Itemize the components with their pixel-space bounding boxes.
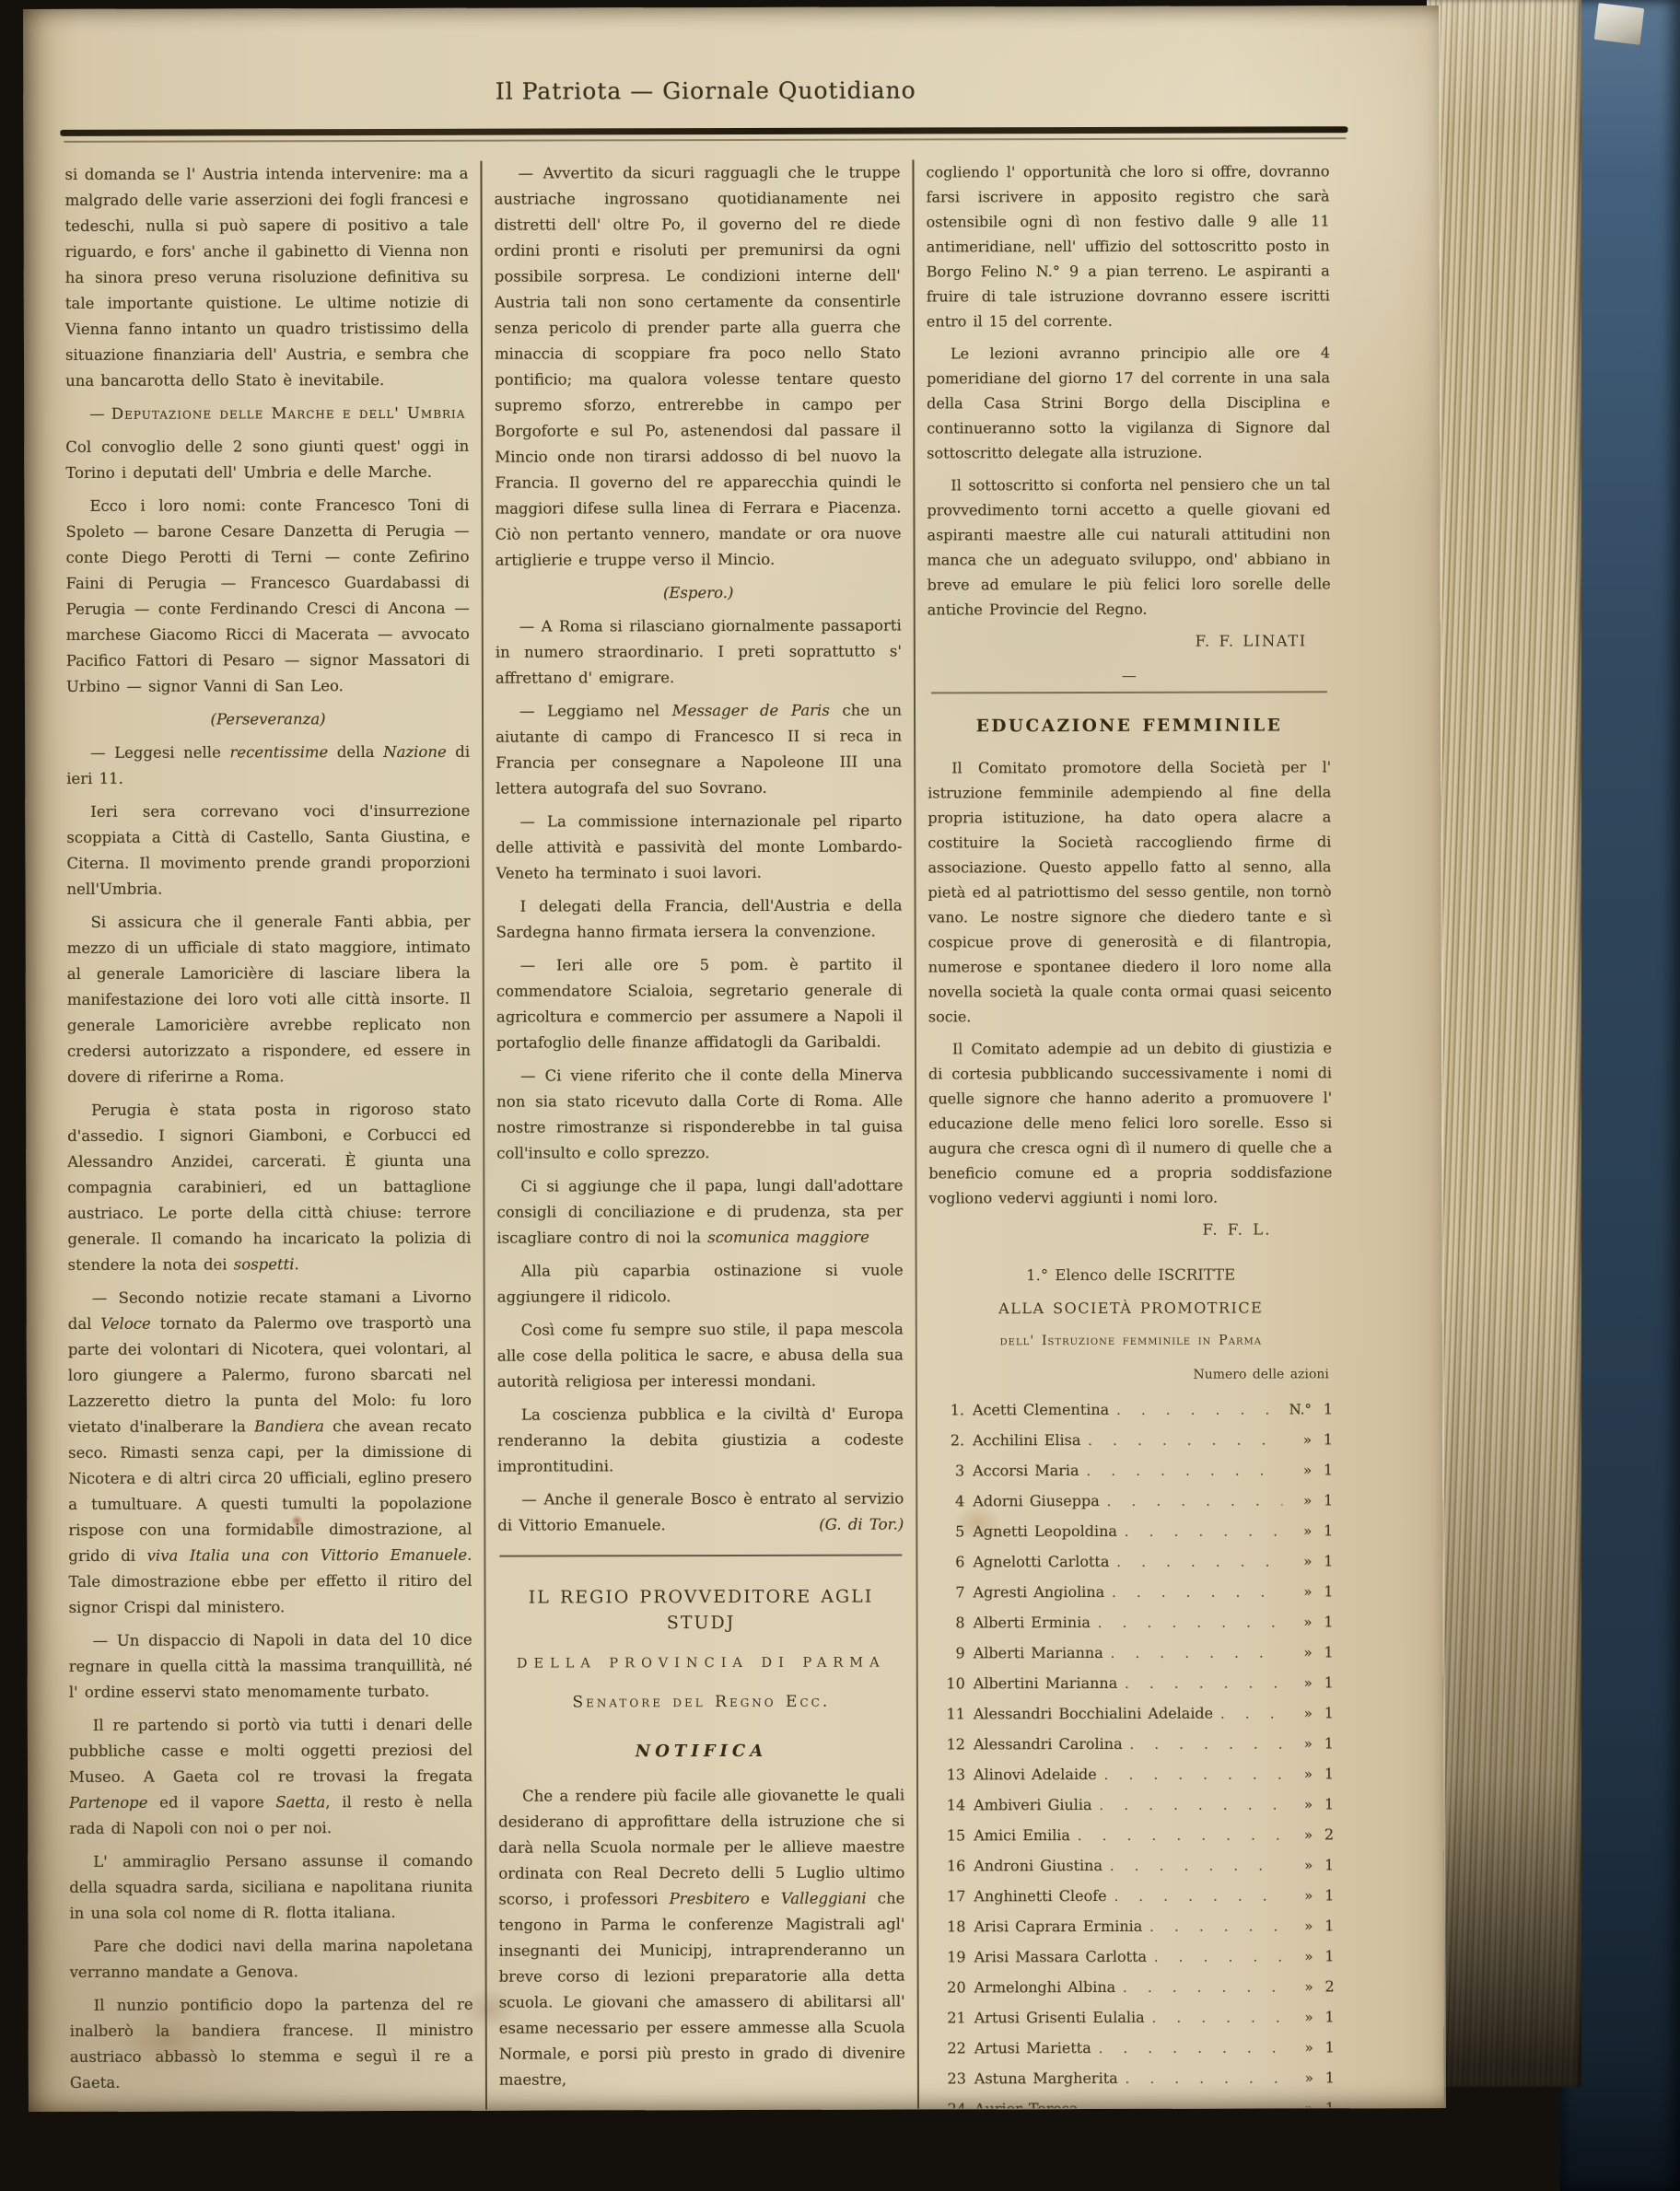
share-count: 1	[1316, 1487, 1333, 1512]
paragraph: Ecco i loro nomi: conte Francesco Toni d…	[65, 493, 470, 700]
paragraph: — Ieri alle ore 5 pom. è partito il comm…	[496, 952, 903, 1056]
unit-mark: »	[1282, 1428, 1316, 1452]
text-segment: Presbitero	[670, 1890, 750, 1907]
list-item: 20Armelonghi Albina. . . . . . . . . . .…	[931, 1974, 1335, 2005]
dotted-leader: . . . . . . . . . . . . . . . . . . . . …	[1154, 1945, 1284, 1970]
notice-title: NOTIFICA	[498, 1739, 904, 1766]
text-segment: della	[328, 743, 383, 761]
dotted-leader: . . . . . . . . . . . . . . . . . . . . …	[1078, 1824, 1283, 1849]
text-segment: Deputazione delle Marche e dell' Umbria	[111, 404, 466, 423]
share-count: 1	[1316, 1579, 1333, 1603]
dotted-leader: . . . . . . . . . . . . . . . . . . . . …	[1098, 1611, 1283, 1637]
share-count: 1	[1317, 1761, 1334, 1786]
share-count: 1	[1316, 1457, 1333, 1482]
list-item: 14Ambiveri Giulia. . . . . . . . . . . .…	[930, 1791, 1334, 1823]
dotted-leader: . . . . . . . . . . . . . . . . . . . . …	[1110, 1854, 1283, 1879]
unit-mark: »	[1284, 2035, 1318, 2060]
paragraph: (Perseveranza)	[66, 706, 470, 733]
text-segment: — Ci viene riferito che il conte della M…	[496, 1066, 903, 1162]
list-item-number: 6	[929, 1549, 973, 1574]
unit-mark: »	[1283, 1883, 1317, 1908]
share-count: 1	[1317, 1670, 1334, 1695]
list-item-number: 2.	[929, 1428, 973, 1452]
text-segment: L' ammiraglio Persano assunse il comando…	[69, 1852, 472, 1922]
text-segment: — A Roma si rilasciano giornalmente pass…	[496, 617, 902, 687]
text-segment: ed il vapore	[147, 1793, 275, 1811]
share-count: 1	[1317, 1882, 1334, 1907]
list-heading-1: 1.° Elenco delle ISCRITTE	[929, 1262, 1333, 1288]
text-segment: Si assicura che il generale Fanti abbia,…	[67, 913, 471, 1086]
paragraph: — Ci viene riferito che il conte della M…	[496, 1063, 903, 1167]
list-item-number: 16	[930, 1853, 974, 1878]
paragraph: Ieri sera correvano voci d'insurrezione …	[66, 798, 470, 903]
paragraph: Il Comitato promotore della Società per …	[927, 754, 1332, 1029]
share-count: 1	[1317, 1913, 1334, 1938]
list-item-name: Alessandri Bocchialini Adelaide	[974, 1701, 1220, 1727]
paragraph: — La commissione internazionale pel ripa…	[496, 809, 902, 887]
list-item: 6Agnelotti Carlotta. . . . . . . . . . .…	[929, 1548, 1333, 1579]
list-item: 10Albertini Marianna. . . . . . . . . . …	[930, 1670, 1334, 1701]
text-segment: — Leggesi nelle	[90, 743, 229, 761]
list-item-name: Agresti Angiolina	[973, 1579, 1112, 1604]
paragraph: — Un dispaccio di Napoli in data del 10 …	[69, 1627, 472, 1706]
paragraph: Che a rendere più facile alle giovanette…	[498, 1783, 905, 2093]
share-count: 1	[1318, 1943, 1335, 1968]
list-item: 18Arisi Caprara Erminia. . . . . . . . .…	[930, 1913, 1334, 1944]
masthead-rule-thin	[64, 137, 1346, 143]
paragraph: Pare che dodici navi della marina napole…	[69, 1933, 472, 1986]
paragraph: Così come fu sempre suo stile, il papa m…	[497, 1317, 904, 1395]
share-count: 1	[1316, 1518, 1333, 1543]
list-item-number: 10	[930, 1671, 974, 1696]
unit-mark: »	[1284, 1975, 1318, 1999]
unit-mark: »	[1283, 1762, 1317, 1787]
text-segment: Il nunzio pontificio dopo la partenza de…	[70, 1996, 473, 2092]
list-item-number: 1.	[929, 1397, 973, 1422]
list-item: 21Artusi Grisenti Eulalia. . . . . . . .…	[931, 2004, 1335, 2035]
list-item-name: Anghinetti Cleofe	[974, 1883, 1114, 1908]
list-item: 12Alessandri Carolina. . . . . . . . . .…	[930, 1731, 1334, 1762]
dotted-leader: . . . . . . . . . . . . . . . . . . . . …	[1111, 1641, 1283, 1666]
list-heading-2: ALLA SOCIETÀ PROMOTRICE	[929, 1295, 1333, 1321]
unit-mark: »	[1282, 1549, 1316, 1574]
text-segment: recentissime	[229, 743, 328, 761]
unit-mark: »	[1283, 1640, 1317, 1665]
text-segment: Il re partendo si portò via tutti i dena…	[69, 1716, 472, 1786]
unit-mark: »	[1283, 1914, 1317, 1939]
unit-mark: »	[1283, 1671, 1317, 1696]
list-item: 4Adorni Giuseppa. . . . . . . . . . . . …	[929, 1487, 1333, 1519]
list-item-number: 21	[931, 2005, 974, 2030]
list-item: 17Anghinetti Cleofe. . . . . . . . . . .…	[930, 1882, 1334, 1914]
unit-mark: »	[1282, 1519, 1316, 1544]
dotted-leader: . . . . . . . . . . . . . . . . . . . . …	[1130, 1732, 1283, 1757]
text-segment: (Perseveranza)	[210, 710, 325, 728]
share-count: 1	[1318, 2004, 1335, 2029]
share-count: 1	[1316, 1548, 1333, 1573]
notice-heading-1: IL REGIO PROVVEDITORE AGLI STUDJ	[497, 1584, 904, 1637]
text-segment: Il sottoscritto si conforta nel pensiero…	[927, 475, 1330, 618]
unit-mark: »	[1283, 1610, 1317, 1635]
list-item-name: Arisi Massara Carlotta	[974, 1944, 1155, 1970]
list-item: 11Alessandri Bocchialini Adelaide. . . .…	[930, 1700, 1334, 1731]
masthead-title: Il Patriota — Giornale Quotidiano	[64, 76, 1347, 106]
list-item: 22Artusi Marietta. . . . . . . . . . . .…	[931, 2034, 1335, 2066]
column-divider	[480, 161, 487, 2110]
subscriber-list: 1.Acetti Clementina. . . . . . . . . . .…	[929, 1396, 1335, 2108]
share-count: 1	[1317, 1852, 1334, 1877]
share-count: 1	[1317, 1731, 1334, 1755]
list-item: 15Amici Emilia. . . . . . . . . . . . . …	[930, 1822, 1334, 1853]
list-item-name: Alberti Marianna	[974, 1640, 1111, 1665]
share-count: 1	[1317, 1639, 1334, 1664]
newspaper-page: Il Patriota — Giornale Quotidiano si dom…	[23, 6, 1444, 2112]
paragraph: Il Comitato adempie ad un debito di gius…	[928, 1035, 1332, 1210]
list-item-name: Amici Emilia	[974, 1823, 1078, 1847]
masthead-rule	[60, 126, 1347, 136]
dotted-leader: . . . . . . . . . . . . . . . . . . . . …	[1088, 1428, 1282, 1454]
list-item-number: 7	[929, 1579, 973, 1604]
paragraph: Ci si aggiunge che il papa, lungi dall'a…	[496, 1173, 903, 1252]
list-item-number: 4	[929, 1488, 973, 1513]
paragraph: si domanda se l' Austria intenda interve…	[64, 161, 469, 394]
paragraph: Il sottoscritto si conforta nel pensiero…	[927, 472, 1330, 622]
list-item: 23Astuna Margherita. . . . . . . . . . .…	[931, 2065, 1335, 2096]
text-segment: Ieri sera correvano voci d'insurrezione …	[66, 802, 470, 898]
paragraph: Le lezioni avranno principio alle ore 4 …	[927, 340, 1330, 465]
list-item-number: 11	[930, 1701, 974, 1726]
list-item-name: Agnetti Leopoldina	[973, 1519, 1125, 1544]
notice-continuation: cogliendo l' opportunità che loro si off…	[926, 158, 1330, 622]
unit-mark: »	[1282, 1579, 1316, 1604]
paragraph: — Leggiamo nel Messager de Paris che un …	[496, 698, 902, 802]
unit-mark: »	[1284, 2005, 1318, 2030]
section-rule	[499, 1555, 902, 1557]
dotted-leader: . . . . . . . . . . . . . . . . . . . . …	[1220, 1702, 1283, 1727]
list-item-number: 20	[931, 1975, 974, 1999]
column-1: si domanda se l' Austria intenda interve…	[64, 161, 473, 2111]
paragraph: Il nunzio pontificio dopo la partenza de…	[70, 1992, 473, 2096]
text-segment: Così come fu sempre suo stile, il papa m…	[497, 1321, 904, 1391]
notice-body: Che a rendere più facile alle giovanette…	[498, 1783, 905, 2093]
list-item: 7Agresti Angiolina. . . . . . . . . . . …	[929, 1579, 1333, 1610]
text-segment: —	[89, 405, 111, 423]
dotted-leader: . . . . . . . . . . . . . . . . . . . . …	[1149, 1915, 1283, 1940]
list-item-number: 9	[930, 1640, 974, 1665]
list-item-name: Artusi Grisenti Eulalia	[974, 2005, 1152, 2031]
paragraph: — Avvertito da sicuri ragguagli che le t…	[494, 160, 901, 574]
list-item-number: 18	[930, 1914, 974, 1939]
share-count: 2	[1317, 1822, 1334, 1847]
paragraph: I delegati della Francia, dell'Austria e…	[496, 893, 903, 946]
text-segment: Bandiera	[254, 1417, 324, 1435]
dotted-leader: . . . . . . . . . . . . . . . . . . . . …	[1123, 1975, 1284, 2000]
unit-mark: »	[1283, 1701, 1317, 1726]
list-item-number: 17	[930, 1883, 974, 1908]
list-item: 8Alberti Erminia. . . . . . . . . . . . …	[930, 1609, 1334, 1640]
paragraph: Il re partendo si portò via tutti i dena…	[69, 1712, 472, 1842]
text-segment: Il Comitato adempie ad un debito di gius…	[928, 1039, 1332, 1206]
unit-mark: »	[1283, 1731, 1317, 1756]
list-item-name: Ambiveri Giulia	[974, 1792, 1099, 1817]
list-item-number: 19	[931, 1944, 974, 1969]
share-count: 1	[1318, 2095, 1335, 2108]
unit-mark: »	[1283, 1823, 1317, 1847]
text-segment: Col convoglio delle 2 sono giunti quest'…	[65, 437, 469, 482]
signature-linati: F. F. LINATI	[927, 628, 1331, 654]
text-segment: Perugia è stata posta in rigoroso stato …	[67, 1101, 471, 1274]
notice-heading-2: DELLA PROVINCIA DI PARMA	[498, 1650, 904, 1677]
signature-ffl: F. F. L.	[928, 1217, 1332, 1242]
text-segment: — Ieri alle ore 5 pom. è partito il comm…	[496, 956, 903, 1052]
dotted-leader: . . . . . . . . . . . . . . . . . . . . …	[1116, 1550, 1282, 1575]
paragraph: — Deputazione delle Marche e dell' Umbri…	[65, 401, 469, 427]
dotted-leader: . . . . . . . . . . . . . . . . . . . . …	[1152, 2006, 1284, 2031]
list-item-name: Alessandri Carolina	[974, 1731, 1130, 1756]
list-item-name: Alberti Erminia	[974, 1610, 1098, 1635]
list-item-number: 15	[930, 1823, 974, 1847]
list-item: 19Arisi Massara Carlotta. . . . . . . . …	[931, 1943, 1335, 1975]
share-count: 2	[1318, 1974, 1335, 1999]
text-segment: — La commissione internazionale pel ripa…	[496, 812, 902, 882]
share-count: 1	[1318, 2065, 1335, 2090]
list-item-number: 5	[929, 1519, 973, 1544]
text-segment: scomunica maggiore	[707, 1229, 869, 1246]
text-segment: Alla più caparbia ostinazione si vuole a…	[497, 1262, 904, 1306]
text-segment: Messager de Paris	[672, 702, 830, 719]
unit-mark: »	[1282, 1458, 1316, 1483]
list-item-number: 23	[931, 2066, 974, 2091]
paragraph: — Leggesi nelle recentissime della Nazio…	[66, 740, 470, 792]
list-item-name: Androni Giustina	[974, 1853, 1110, 1878]
share-count: 1	[1316, 1396, 1333, 1421]
list-item-number: 3	[929, 1458, 973, 1483]
list-item: 13Alinovi Adelaide. . . . . . . . . . . …	[930, 1761, 1334, 1792]
text-columns: si domanda se l' Austria intenda interve…	[64, 158, 1352, 2111]
list-item-number: 13	[930, 1762, 974, 1787]
text-segment: La coscienza pubblica e la civiltà d' Eu…	[497, 1405, 904, 1475]
list-column-label: Numero delle azioni	[929, 1362, 1333, 1388]
dotted-leader: . . . . . . . . . . . . . . . . . . . . …	[1087, 1459, 1283, 1485]
list-item: 1.Acetti Clementina. . . . . . . . . . .…	[929, 1396, 1333, 1428]
paragraph: Si assicura che il generale Fanti abbia,…	[67, 909, 472, 1090]
dotted-leader: . . . . . . . . . . . . . . . . . . . . …	[1104, 1763, 1283, 1789]
dotted-leader: . . . . . . . . . . . . . . . . . . . . …	[1125, 1520, 1283, 1544]
paper-scrap	[1594, 3, 1645, 45]
text-segment: Partenope	[69, 1794, 147, 1812]
unit-mark: »	[1282, 1488, 1316, 1513]
list-item-name: Artusi Marietta	[974, 2035, 1099, 2060]
share-count: 1	[1317, 1609, 1334, 1634]
share-count: 1	[1317, 1700, 1334, 1725]
column-3: cogliendo l' opportunità che loro si off…	[926, 158, 1335, 2108]
paragraph: Alla più caparbia ostinazione si vuole a…	[497, 1258, 904, 1311]
text-segment: — Un dispaccio di Napoli in data del 10 …	[69, 1631, 472, 1701]
list-item: 9Alberti Marianna. . . . . . . . . . . .…	[930, 1639, 1334, 1671]
paragraph: (Espero.)	[496, 580, 902, 607]
list-item-number: 14	[930, 1792, 974, 1817]
unit-mark: »	[1284, 2096, 1318, 2108]
text-segment: Ecco i loro nomi: conte Francesco Toni d…	[65, 496, 469, 695]
column-2-news: — Avvertito da sicuri ragguagli che le t…	[494, 160, 904, 1539]
text-segment: Nazione	[383, 743, 447, 761]
list-item-name: Aurier Teresa	[974, 2096, 1086, 2108]
list-item-number: 24	[931, 2096, 974, 2108]
list-item-name: Adorni Giuseppa	[973, 1488, 1107, 1513]
list-item: 24Aurier Teresa. . . . . . . . . . . . .…	[931, 2095, 1335, 2108]
text-segment: che tengono in Parma le conferenze Magis…	[498, 1890, 904, 2089]
text-segment: sospetti	[234, 1255, 295, 1273]
list-item-name: Astuna Margherita	[974, 2066, 1126, 2091]
list-item-number: 8	[930, 1610, 974, 1635]
text-segment: I delegati della Francia, dell'Austria e…	[496, 897, 903, 941]
list-heading-3: dell' Istruzione femminile in Parma	[929, 1328, 1333, 1354]
list-item-name: Armelonghi Albina	[974, 1975, 1124, 1999]
text-segment: Pare che dodici navi della marina napole…	[70, 1937, 473, 1981]
text-segment: (Espero.)	[663, 584, 734, 601]
text-segment: Valleggiani	[781, 1890, 867, 1907]
text-segment: viva Italia una con Vittorio Emanuele	[147, 1546, 468, 1565]
paragraph: — A Roma si rilasciano giornalmente pass…	[496, 613, 902, 692]
text-segment: .	[294, 1255, 298, 1273]
text-segment: Saetta	[275, 1793, 325, 1811]
list-item-name: Acetti Clementina	[973, 1397, 1116, 1422]
text-segment: e	[750, 1890, 781, 1907]
dotted-leader: . . . . . . . . . . . . . . . . . . . . …	[1114, 1884, 1284, 1909]
column-divider	[912, 159, 919, 2108]
share-count: 1	[1317, 1791, 1334, 1816]
unit-mark: N.°	[1282, 1397, 1316, 1422]
paragraph: La coscienza pubblica e la civiltà d' Eu…	[497, 1402, 904, 1480]
education-body: Il Comitato promotore della Società per …	[927, 754, 1332, 1210]
share-count: 1	[1316, 1427, 1333, 1451]
newspaper-scan: Il Patriota — Giornale Quotidiano si dom…	[0, 0, 1680, 2191]
text-segment: Veloce	[100, 1315, 150, 1333]
education-heading: EDUCAZIONE FEMMINILE	[927, 713, 1331, 739]
dotted-leader: . . . . . . . . . . . . . . . . . . . . …	[1107, 1489, 1283, 1514]
text-segment: Le lezioni avranno principio alle ore 4 …	[927, 344, 1330, 461]
list-item-number: 12	[930, 1731, 974, 1756]
dotted-leader: . . . . . . . . . . . . . . . . . . . . …	[1099, 2036, 1284, 2062]
dotted-leader: . . . . . . . . . . . . . . . . . . . . …	[1116, 1398, 1282, 1423]
paragraph: Perugia è stata posta in rigoroso stato …	[67, 1097, 472, 1278]
list-item-name: Acchilini Elisa	[973, 1428, 1088, 1452]
list-item-name: Agnelotti Carlotta	[973, 1549, 1116, 1574]
unit-mark: »	[1283, 1853, 1317, 1878]
list-item-number: 22	[931, 2035, 974, 2060]
column-2: — Avvertito da sicuri ragguagli che le t…	[494, 160, 905, 2110]
dotted-leader: . . . . . . . . . . . . . . . . . . . . …	[1125, 1672, 1283, 1696]
notice-heading-3: Senatore del Regno Ecc.	[498, 1689, 904, 1716]
dotted-leader: . . . . . . . . . . . . . . . . . . . . …	[1126, 2067, 1284, 2092]
list-item-name: Albertini Marianna	[974, 1671, 1126, 1696]
page-stack-edge	[1427, 0, 1581, 2087]
paragraph: Col convoglio delle 2 sono giunti quest'…	[65, 434, 469, 486]
dotted-leader: . . . . . . . . . . . . . . . . . . . . …	[1100, 1793, 1284, 1819]
dotted-leader: . . . . . . . . . . . . . . . . . . . . …	[1112, 1580, 1282, 1605]
text-segment: — Avvertito da sicuri ragguagli che le t…	[495, 164, 902, 569]
list-item: 16Androni Giustina. . . . . . . . . . . …	[930, 1852, 1334, 1883]
unit-mark: »	[1284, 1944, 1318, 1969]
paragraph: cogliendo l' opportunità che loro si off…	[926, 158, 1329, 333]
text-segment: che avean recato seco. Rimasti senza cap…	[68, 1417, 472, 1565]
section-rule-thin	[931, 691, 1327, 693]
text-segment: Il Comitato promotore della Società per …	[927, 758, 1332, 1025]
text-segment: (G. di Tor.)	[795, 1512, 904, 1538]
list-item-name: Arisi Caprara Erminia	[974, 1914, 1149, 1939]
unit-mark: »	[1283, 1792, 1317, 1817]
list-item: 5Agnetti Leopoldina. . . . . . . . . . .…	[929, 1518, 1333, 1549]
list-item: 2.Acchilini Elisa. . . . . . . . . . . .…	[929, 1427, 1333, 1458]
text-segment: si domanda se l' Austria intenda interve…	[64, 165, 469, 390]
list-item: 3Accorsi Maria. . . . . . . . . . . . . …	[929, 1457, 1333, 1488]
list-item-name: Accorsi Maria	[973, 1458, 1086, 1483]
paragraph: — Anche il generale Bosco è entrato al s…	[497, 1486, 904, 1539]
unit-mark: »	[1284, 2066, 1318, 2091]
list-item-name: Alinovi Adelaide	[974, 1762, 1104, 1787]
text-segment: — Leggiamo nel	[519, 702, 672, 719]
share-count: 1	[1318, 2034, 1335, 2059]
section-dash: —	[927, 662, 1331, 688]
paragraph: — Secondo notizie recate stamani a Livor…	[68, 1285, 472, 1621]
paragraph: L' ammiraglio Persano assunse il comando…	[69, 1848, 472, 1927]
text-segment: cogliendo l' opportunità che loro si off…	[926, 162, 1329, 330]
dotted-leader: . . . . . . . . . . . . . . . . . . . . …	[1086, 2097, 1284, 2108]
